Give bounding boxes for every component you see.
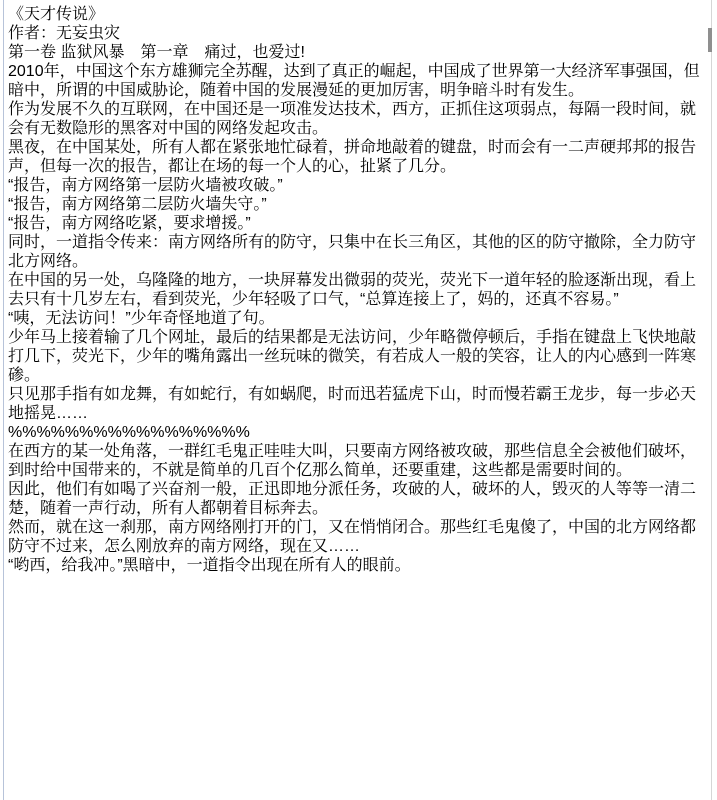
paragraph: “报告，南方网络第一层防火墙被攻破。” [8,176,706,195]
paragraph: “报告，南方网络吃紧，要求增援。” [8,214,706,233]
paragraph: 在中国的另一处，乌隆隆的地方，一块屏幕发出微弱的荧光，荧光下一道年轻的脸逐渐出现… [8,271,706,309]
paragraph: 只见那手指有如龙舞，有如蛇行，有如蜗爬，时而迅若猛虎下山，时而慢若霸王龙步，每一… [8,385,706,423]
paragraph: 因此，他们有如喝了兴奋剂一般，正迅即地分派任务，攻破的人，破坏的人，毁灭的人等等… [8,480,706,518]
paragraph-list: 2010年，中国这个东方雄狮完全苏醒，达到了真正的崛起，中国成了世界第一大经济军… [8,62,706,575]
novel-text-content: 《天才传说》 作者：无妄虫灾 第一卷 监狱风暴 第一章 痛过，也爱过! 2010… [8,5,706,575]
scrollbar-track[interactable] [711,0,712,800]
paragraph: 作为发展不久的互联网，在中国还是一项准发达技术，西方，正抓住这项弱点，每隔一段时… [8,100,706,138]
novel-text-page: 《天才传说》 作者：无妄虫灾 第一卷 监狱风暴 第一章 痛过，也爱过! 2010… [0,0,717,800]
paragraph: “哟西，给我冲。”黑暗中，一道指令出现在所有人的眼前。 [8,556,706,575]
page-left-border [3,0,4,800]
novel-title: 《天才传说》 [8,5,706,24]
chapter-heading: 第一卷 监狱风暴 第一章 痛过，也爱过! [8,43,706,62]
paragraph: “报告，南方网络第二层防火墙失守。” [8,195,706,214]
paragraph: 然而，就在这一刹那，南方网络刚打开的门，又在悄悄闭合。那些红毛鬼傻了，中国的北方… [8,518,706,556]
author-line: 作者：无妄虫灾 [8,24,706,43]
separator-line: %%%%%%%%%%%%%%%%% [8,423,706,442]
paragraph: 黑夜，在中国某处，所有人都在紧张地忙碌着，拼命地敲着的键盘，时而会有一二声硬邦邦… [8,138,706,176]
paragraph: 在西方的某一处角落，一群红毛鬼正哇哇大叫，只要南方网络被攻破，那些信息全会被他们… [8,442,706,480]
paragraph: 2010年，中国这个东方雄狮完全苏醒，达到了真正的崛起，中国成了世界第一大经济军… [8,62,706,100]
paragraph: 同时，一道指令传来：南方网络所有的防守，只集中在长三角区，其他的区的防守撤除，全… [8,233,706,271]
paragraph: “咦，无法访问！”少年奇怪地道了句。 [8,309,706,328]
scrollbar-thumb[interactable] [708,28,712,52]
paragraph: 少年马上接着输了几个网址，最后的结果都是无法访问，少年略微停顿后，手指在键盘上飞… [8,328,706,385]
